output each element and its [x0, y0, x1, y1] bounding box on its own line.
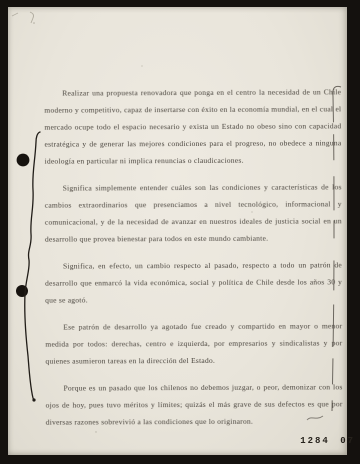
paragraph-4: Ese patrón de desarrollo ya agotado fue …: [45, 317, 342, 369]
scanned-document-page: Realizar una propuesta renovadora que po…: [0, 0, 360, 464]
page-number-stamp: 1284 07: [299, 436, 355, 446]
paragraph-3: Significa, en efecto, un cambio respecto…: [45, 256, 342, 308]
typewritten-text-block: Realizar una propuesta renovadora que po…: [44, 83, 343, 440]
paragraph-5: Porque es un pasado que los chilenos no …: [46, 378, 343, 430]
paragraph-2: Significa simplemente entender cuáles so…: [45, 178, 342, 247]
paragraph-1: Realizar una propuesta renovadora que po…: [44, 83, 341, 169]
